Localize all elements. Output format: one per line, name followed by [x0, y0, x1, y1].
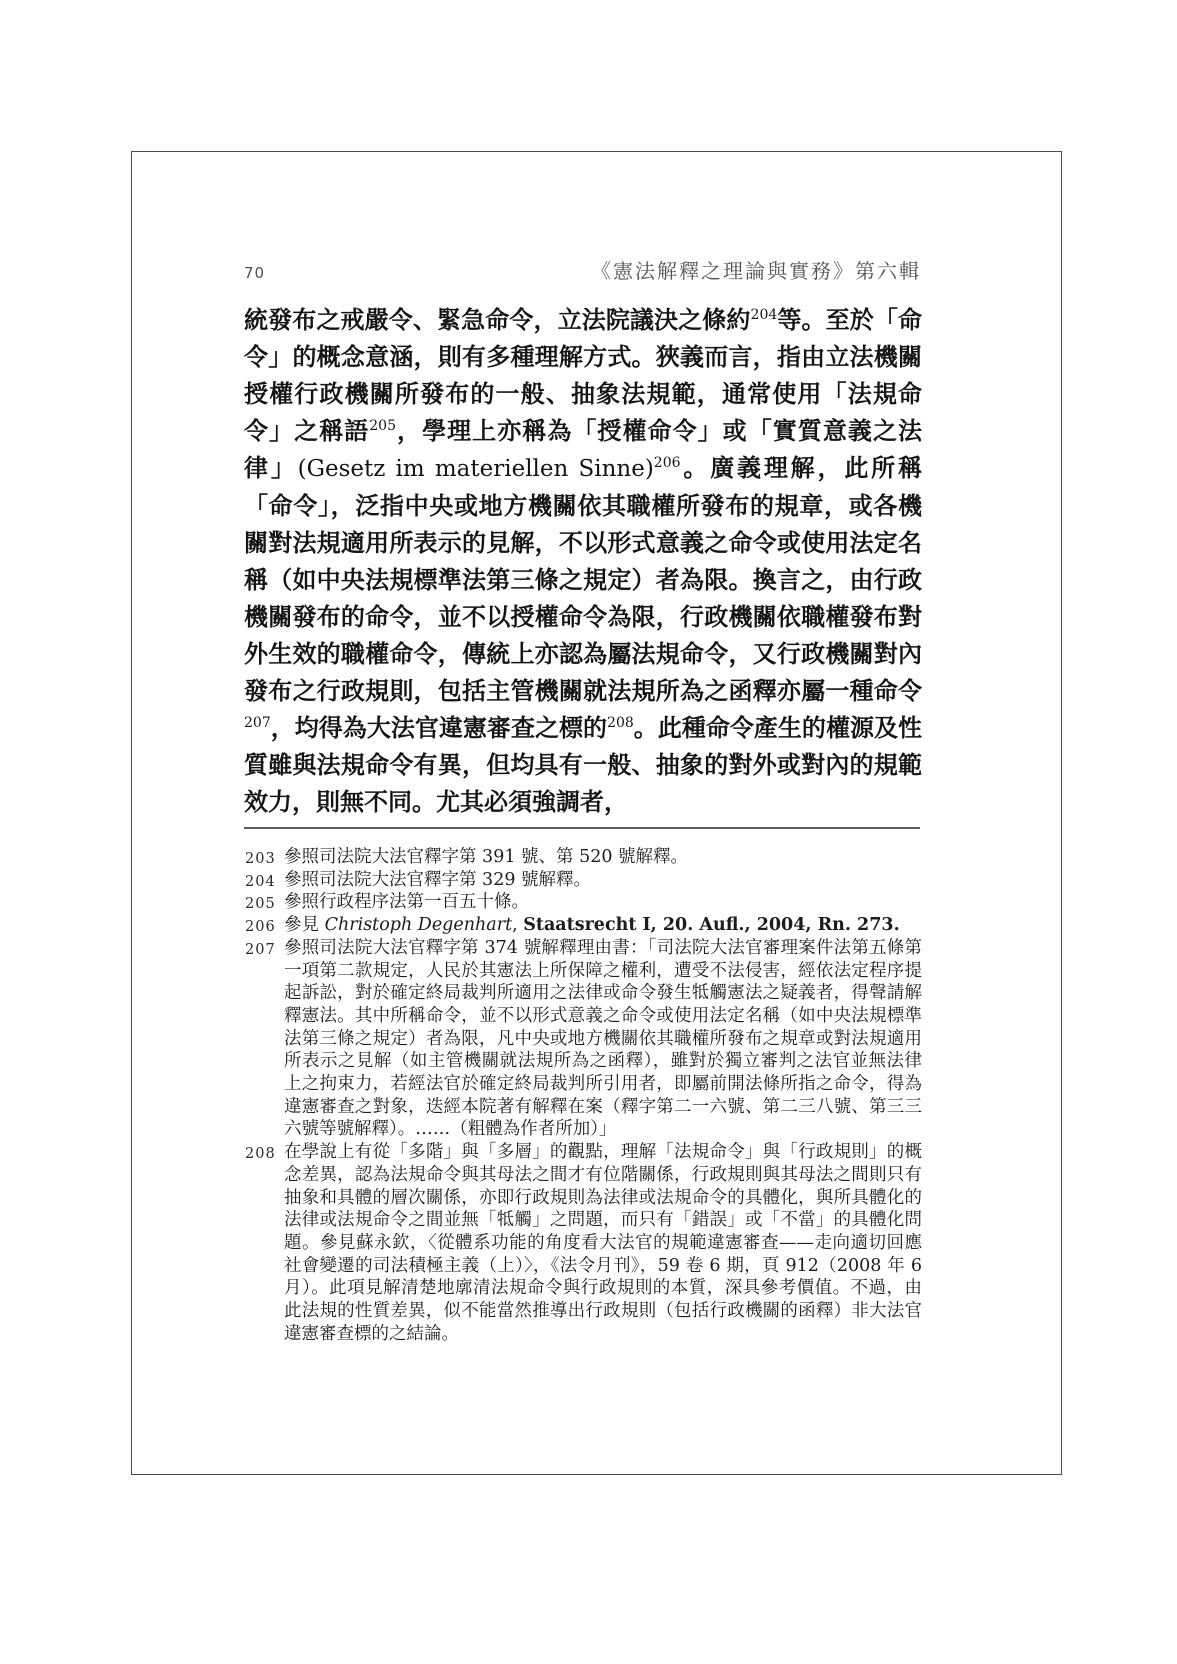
page-header: 70 《憲法解釋之理論與實務》第六輯 — [244, 255, 921, 284]
footnote: 206 參見 Christoph Degenhart, Staatsrecht … — [244, 914, 922, 937]
footnote-number: 206 — [245, 916, 276, 939]
footnote: 203 參照司法院大法官釋字第 391 號、第 520 號解釋。 — [244, 846, 922, 869]
footnote-number: 203 — [245, 848, 276, 871]
footnote: 208 在學說上有從「多階」與「多層」的觀點，理解「法規命令」與「行政規則」的概… — [244, 1141, 922, 1345]
footnote-text: 參照司法院大法官釋字第 391 號、第 520 號解釋。 — [284, 847, 688, 867]
footnote-text: 參照司法院大法官釋字第 374 號解釋理由書：「司法院大法官審理案件法第五條第一… — [284, 938, 922, 1140]
page-frame: 70 《憲法解釋之理論與實務》第六輯 統發布之戒嚴令、緊急命令，立法院議決之條約… — [131, 151, 1062, 1475]
footnote-number: 207 — [245, 939, 276, 962]
footnote-number: 205 — [245, 893, 276, 916]
footnote-number: 204 — [245, 871, 276, 894]
footnote: 204 參照司法院大法官釋字第 329 號解釋。 — [244, 869, 922, 892]
footnote-number: 208 — [245, 1143, 276, 1166]
running-header-title: 《憲法解釋之理論與實務》第六輯 — [591, 255, 921, 284]
footnote-text: 參照司法院大法官釋字第 329 號解釋。 — [284, 870, 591, 890]
footnote-text: 參照行政程序法第一百五十條。 — [284, 892, 529, 912]
footnote-text: 在學說上有從「多階」與「多層」的觀點，理解「法規命令」與「行政規則」的概念差異，… — [284, 1142, 922, 1344]
page-number: 70 — [244, 264, 265, 282]
footnotes-section: 203 參照司法院大法官釋字第 391 號、第 520 號解釋。 204 參照司… — [244, 846, 922, 1345]
footnote-text: 參見 Christoph Degenhart, Staatsrecht I, 2… — [284, 915, 900, 935]
body-paragraph: 統發布之戒嚴令、緊急命令，立法院議決之條約204等。至於「命令」的概念意涵，則有… — [244, 302, 922, 821]
footnote-separator — [244, 827, 920, 829]
footnote: 207 參照司法院大法官釋字第 374 號解釋理由書：「司法院大法官審理案件法第… — [244, 937, 922, 1141]
footnote: 205 參照行政程序法第一百五十條。 — [244, 891, 922, 914]
